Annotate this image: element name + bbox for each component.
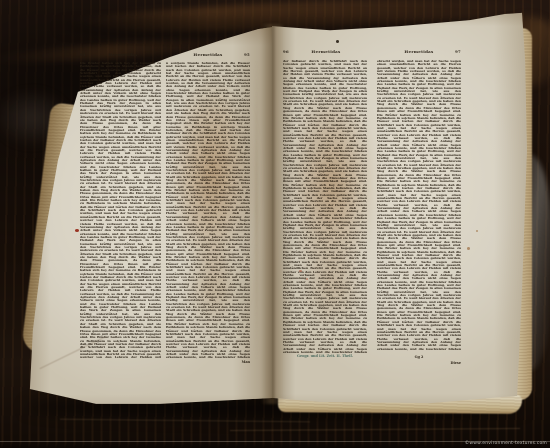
watermark-text: ©www.environment-textures.com: [465, 441, 547, 447]
right-page-running-head-col1: Hermetidas: [290, 50, 362, 54]
photo-of-open-antique-book: 94 Hermetidas Hermetidas 95 96 Hermetida…: [0, 0, 550, 448]
right-page-signature-mark: Gg 2: [377, 356, 461, 360]
foxing-spot: [467, 247, 470, 250]
ink-speck: [336, 40, 339, 43]
wood-scratch: [60, 419, 310, 423]
right-page-folio-right: 97: [441, 50, 461, 54]
right-page-footer-line: Geogr. und Lit. Zeit. II. Theil.: [283, 355, 367, 359]
left-page-catchword: Man: [210, 361, 250, 365]
foxing-spot: [476, 230, 478, 232]
book-gutter-crease: [261, 24, 285, 404]
left-page-text-column-2: n solchem Stande befunden, daß die Häuse…: [166, 62, 250, 360]
left-page-folio-right: 95: [230, 53, 250, 57]
foxing-spot: [299, 270, 302, 272]
left-page-running-head-col1: Hermetidas: [88, 53, 158, 57]
right-page-catchword: Diese: [425, 362, 461, 366]
page-margin-crease: [255, 60, 258, 360]
red-ink-speck: [75, 229, 79, 232]
wood-scratch: [230, 428, 520, 431]
right-page-text-column-1: der Indianer durch die Schiffahrt nach d…: [283, 60, 367, 353]
left-page-text-column-1: Die Brüder hatten sich bey der Gemeine z…: [80, 62, 161, 358]
right-page-text-column-2: ebracht wurden, und man hat der Sache we…: [377, 60, 461, 351]
foxing-spot: [306, 278, 308, 280]
